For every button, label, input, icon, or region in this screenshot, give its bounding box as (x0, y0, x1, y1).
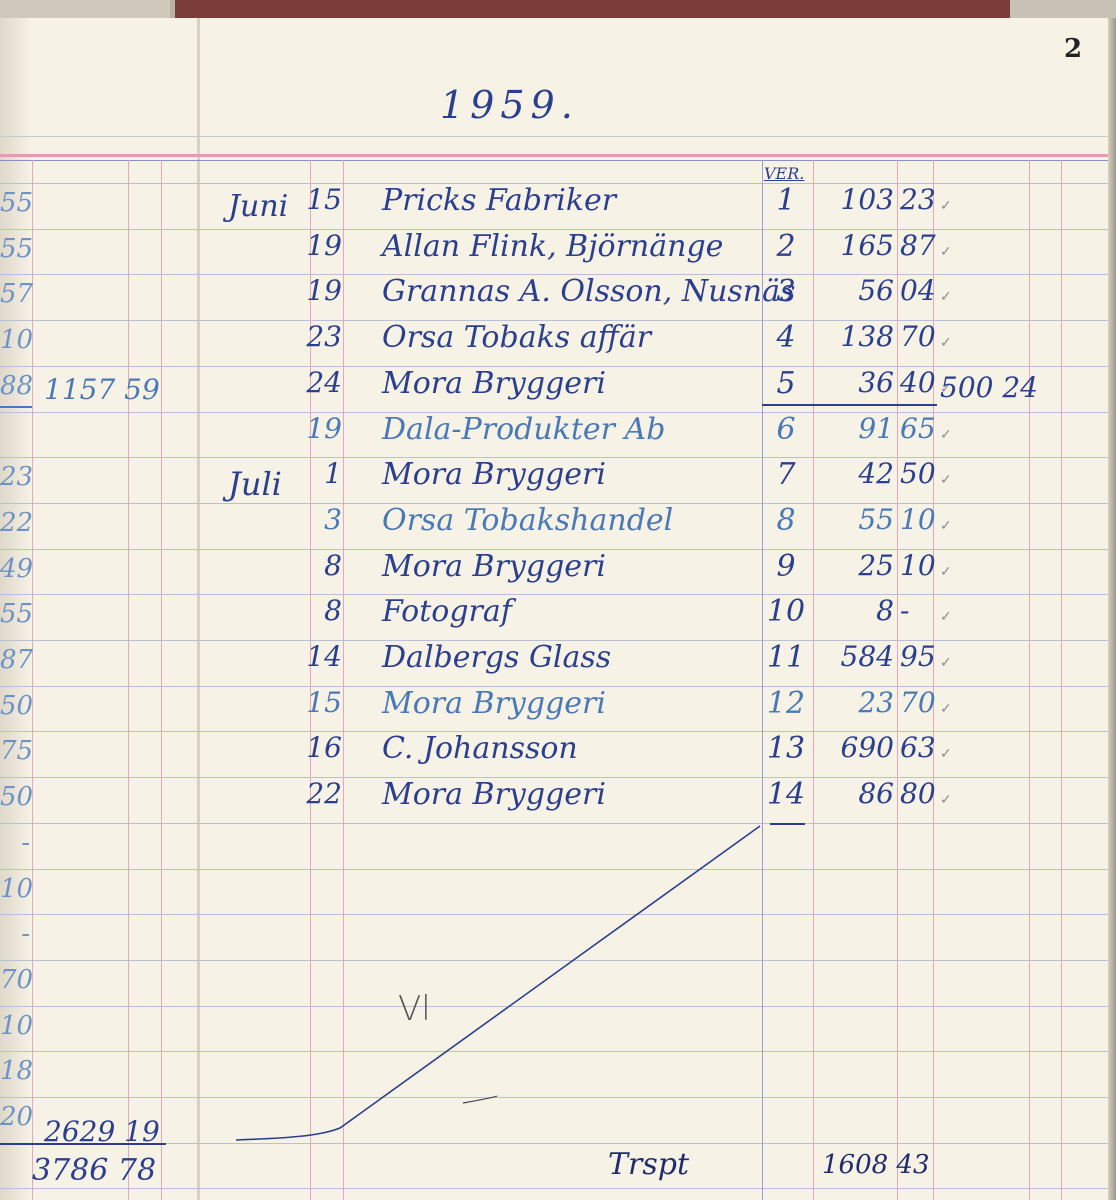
closing-line-drawing (0, 0, 1116, 1200)
initials-annotation: Vl (398, 992, 431, 1026)
footer-label-transport: Trspt (608, 1150, 689, 1180)
footer-total: 1608 43 (822, 1152, 930, 1178)
